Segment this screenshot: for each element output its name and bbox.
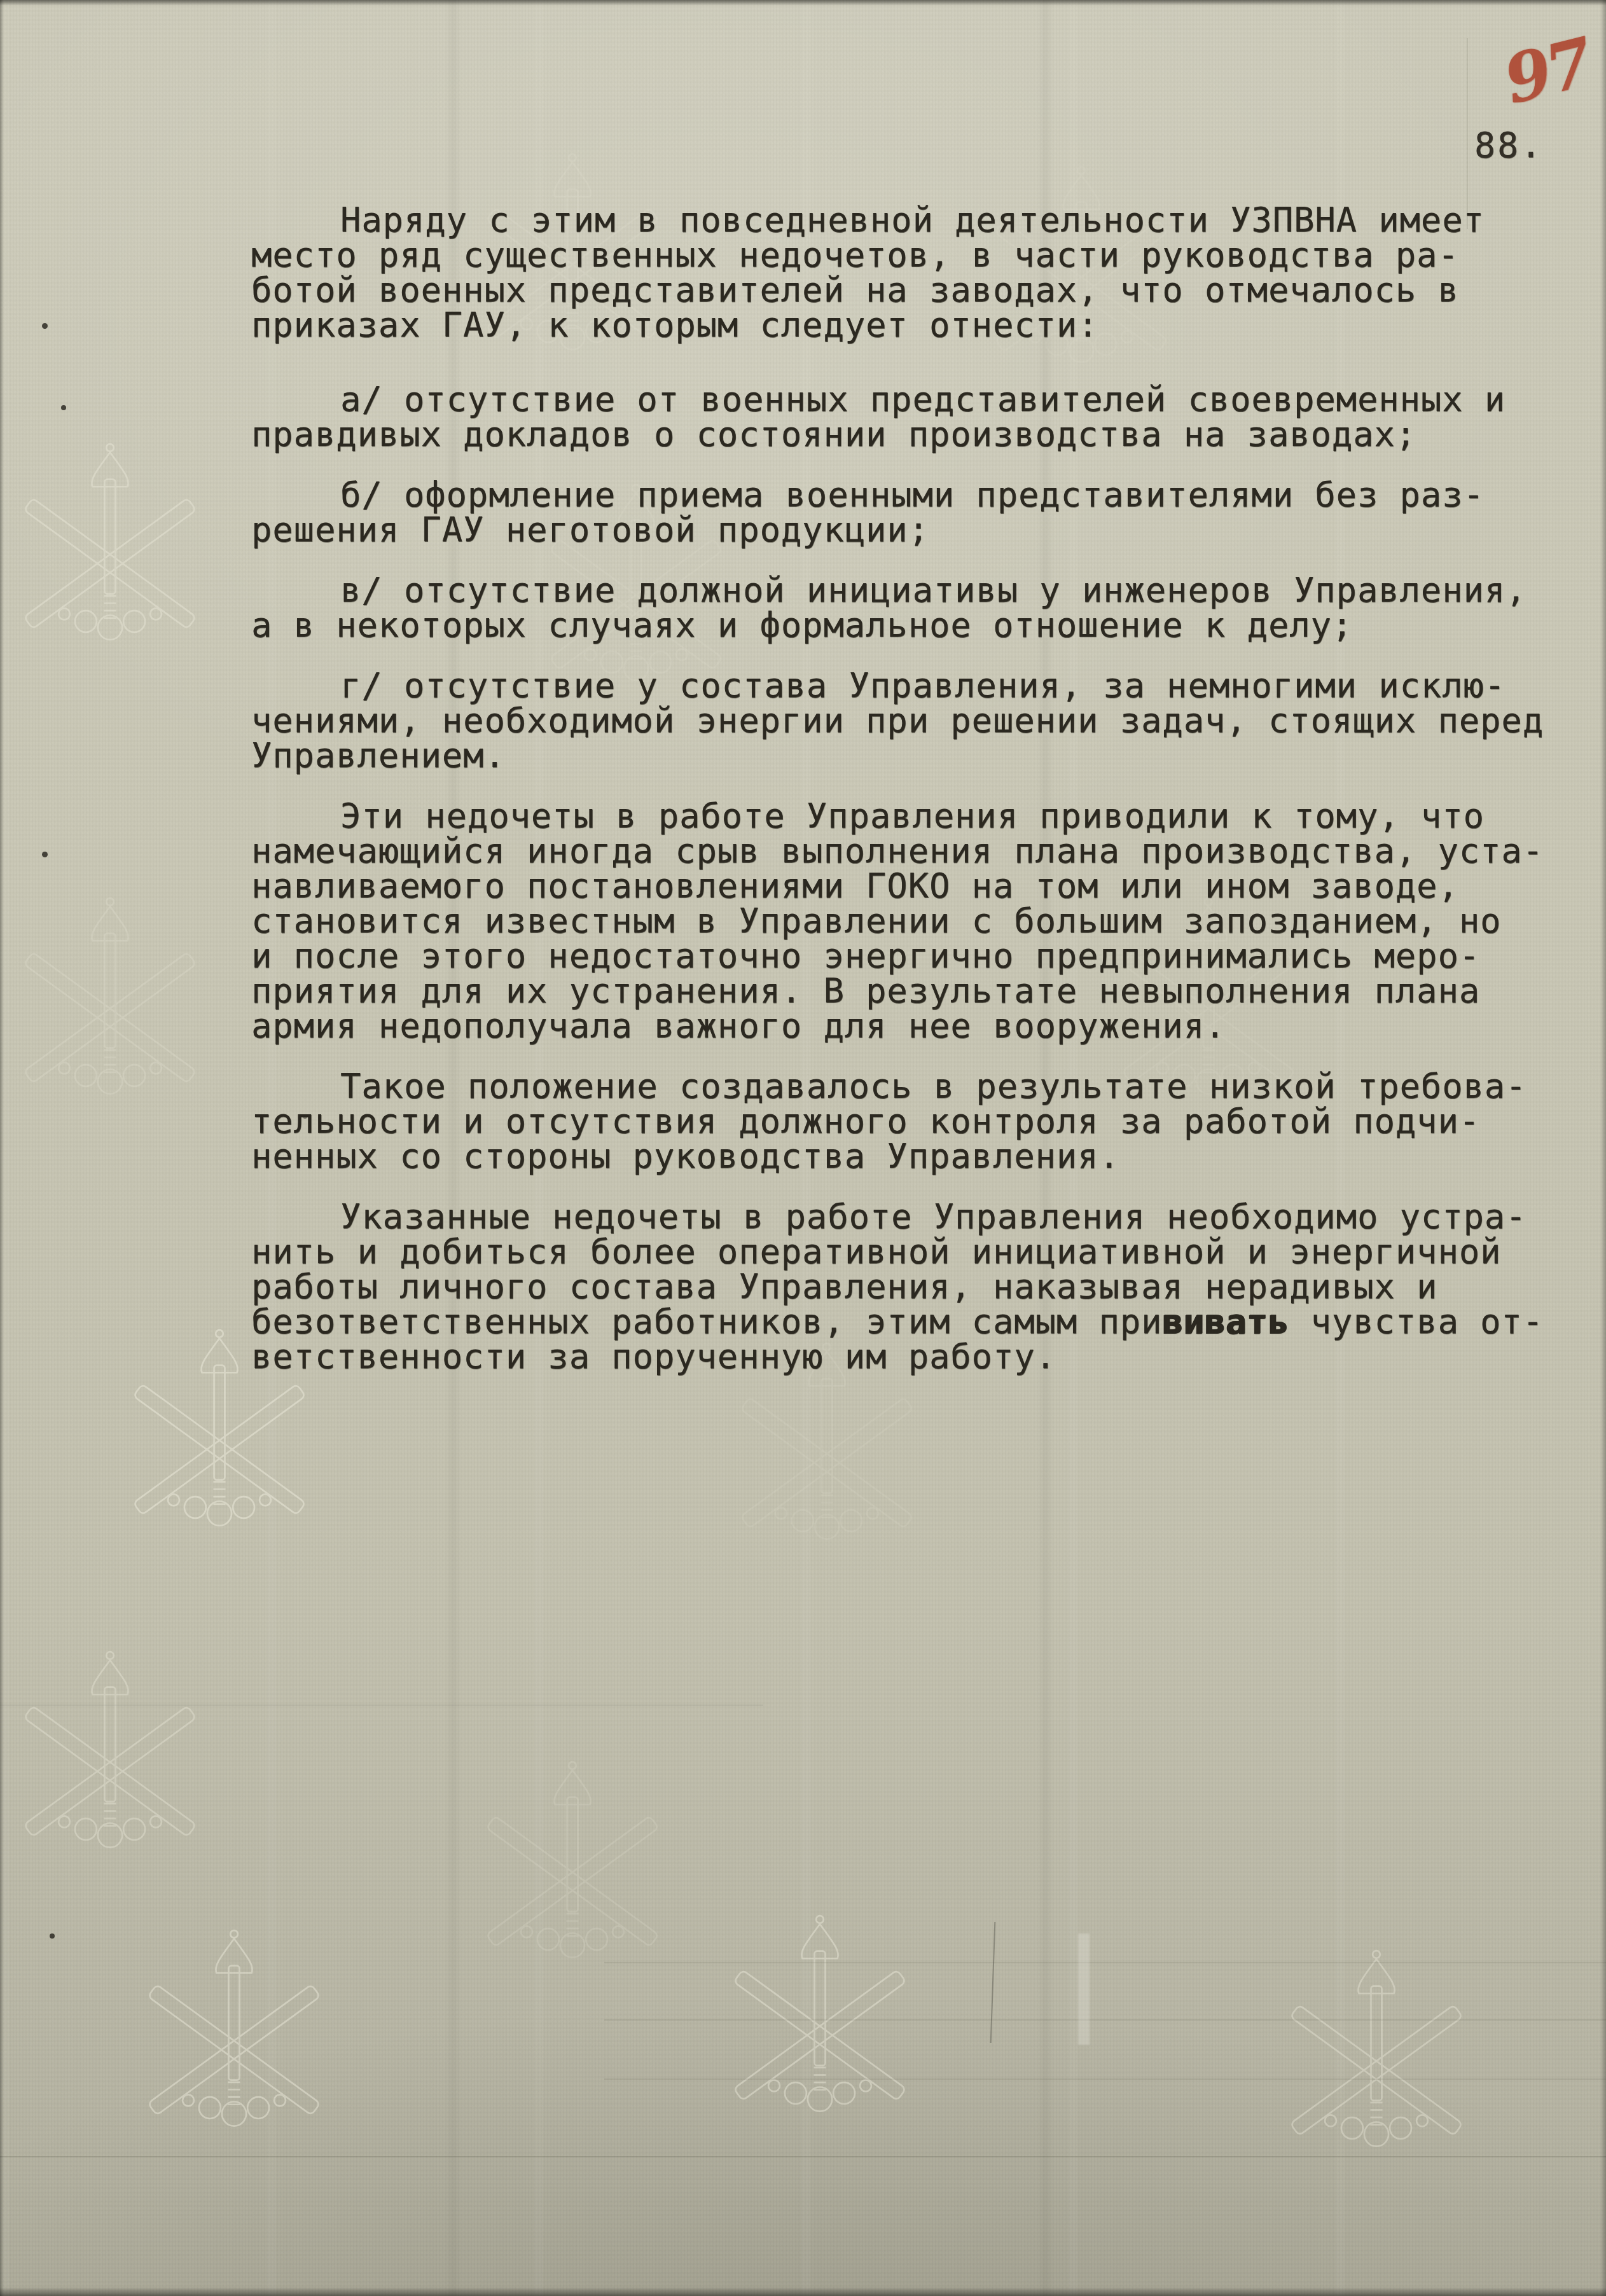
text-line: ботой военных представителей на заводах,… (251, 272, 1581, 307)
text-line: навливаемого постановлениями ГОКО на том… (251, 868, 1581, 903)
paragraph: в/ отсутствие должной инициативы у инжен… (251, 572, 1581, 642)
text-line: Наряду с этим в повседневной деятельност… (251, 202, 1581, 237)
paper-crease (0, 2156, 1606, 2157)
paper-crease (0, 1705, 763, 1706)
text-line: а/ отсутствие от военных представителей … (251, 382, 1581, 417)
artillery-watermark-icon (120, 1925, 349, 2175)
text-line: место ряд существенных недочетов, в част… (251, 237, 1581, 272)
text-line: нить и добиться более оперативной инициа… (251, 1234, 1581, 1269)
text-line: ветственности за порученную им работу. (251, 1339, 1581, 1374)
text-line: безответственных работников, этим самым … (251, 1304, 1581, 1339)
paragraph: Указанные недочеты в работе Управления н… (251, 1199, 1581, 1374)
text-line: правдивых докладов о состоянии производс… (251, 417, 1581, 452)
text-line: армия недополучала важного для нее воору… (251, 1008, 1581, 1043)
text-line: решения ГАУ неготовой продукции; (251, 512, 1581, 547)
artillery-watermark-icon (0, 439, 225, 688)
paragraph: Такое положение создавалось в результате… (251, 1068, 1581, 1173)
artillery-watermark-icon (0, 1647, 225, 1896)
text-line: Такое положение создавалось в результате… (251, 1068, 1581, 1103)
paragraph: Наряду с этим в повседневной деятельност… (251, 202, 1581, 342)
paragraph: б/ оформление приема военными представит… (251, 477, 1581, 547)
paragraph: Эти недочеты в работе Управления приводи… (251, 798, 1581, 1043)
text-line: становится известным в Управлении с боль… (251, 903, 1581, 938)
text-block: Наряду с этим в повседневной деятельност… (251, 202, 1581, 1374)
paragraph: г/ отсутствие у состава Управления, за н… (251, 668, 1581, 773)
scan-edge (1600, 0, 1606, 2296)
paper-crease (604, 2019, 1606, 2021)
text-line: в/ отсутствие должной инициативы у инжен… (251, 572, 1581, 607)
scan-edge (0, 0, 1606, 6)
paper-speck (61, 405, 66, 410)
text-line: приятия для их устранения. В результате … (251, 973, 1581, 1008)
page-number: 88. (1474, 125, 1543, 165)
handwritten-archive-number: 97 (1499, 30, 1596, 112)
paper-speck (42, 852, 48, 857)
paper-speck (50, 1933, 55, 1939)
paper-speck (42, 323, 48, 329)
text-line: б/ оформление приема военными представит… (251, 477, 1581, 512)
artillery-watermark-icon (1262, 1946, 1491, 2195)
text-line: намечающийся иногда срыв выполнения план… (251, 833, 1581, 868)
paragraph: а/ отсутствие от военных представителей … (251, 382, 1581, 452)
artillery-watermark-icon (0, 893, 225, 1142)
show-through-mark (1078, 1933, 1090, 2045)
text-line: Указанные недочеты в работе Управления н… (251, 1199, 1581, 1234)
scanned-document-page: 97 88. Наряду с этим в повседневной деят… (0, 0, 1606, 2296)
overstruck-word: вивать (1162, 1301, 1289, 1341)
artillery-watermark-icon (458, 1757, 687, 2006)
paper-scratch (990, 1922, 996, 2043)
text-line: Эти недочеты в работе Управления приводи… (251, 798, 1581, 833)
artillery-watermark-icon (705, 1911, 934, 2160)
text-line: ненных со стороны руководства Управления… (251, 1138, 1581, 1173)
text-line: а в некоторых случаях и формальное отнош… (251, 607, 1581, 642)
text-line: тельности и отсутствия должного контроля… (251, 1103, 1581, 1138)
paper-crease (604, 2078, 1606, 2080)
scan-edge (0, 0, 4, 2296)
text-line: приказах ГАУ, к которым следует отнести: (251, 307, 1581, 342)
scan-edge (0, 2287, 1606, 2296)
paper-crease (604, 1962, 1606, 1963)
text-line: Управлением. (251, 738, 1581, 773)
text-line: чениями, необходимой энергии при решении… (251, 703, 1581, 738)
text-line: и после этого недостаточно энергично пре… (251, 938, 1581, 973)
text-line: работы личного состава Управления, наказ… (251, 1269, 1581, 1304)
text-line: г/ отсутствие у состава Управления, за н… (251, 668, 1581, 703)
